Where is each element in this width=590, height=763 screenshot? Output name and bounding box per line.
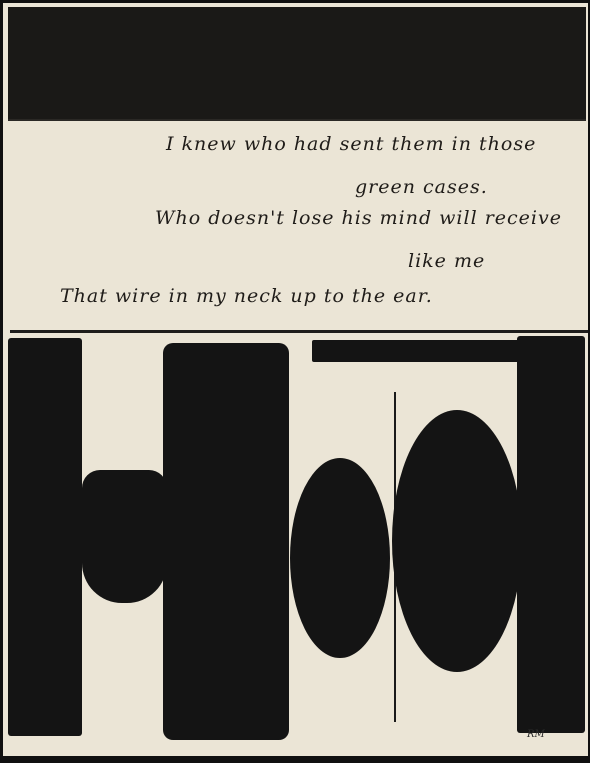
artist-signature: RM bbox=[527, 729, 545, 740]
poem-line-5: That wire in my neck up to the ear. bbox=[60, 285, 433, 307]
large-ink-oval bbox=[392, 410, 522, 672]
poem-line-2: green cases. bbox=[355, 176, 488, 198]
middle-ink-column bbox=[163, 343, 289, 740]
poem-line-1: I knew who had sent them in those bbox=[166, 133, 536, 155]
top-ink-bar bbox=[312, 340, 524, 362]
right-ink-column bbox=[517, 336, 585, 733]
poem-line-4: like me bbox=[408, 250, 485, 272]
small-ink-oval bbox=[290, 458, 390, 658]
horizontal-ink-rule bbox=[10, 330, 588, 333]
left-ink-pot-shape bbox=[82, 470, 167, 603]
left-ink-column bbox=[8, 338, 82, 736]
poem-line-3: Who doesn't lose his mind will receive bbox=[155, 207, 562, 229]
top-ink-band bbox=[8, 7, 586, 121]
